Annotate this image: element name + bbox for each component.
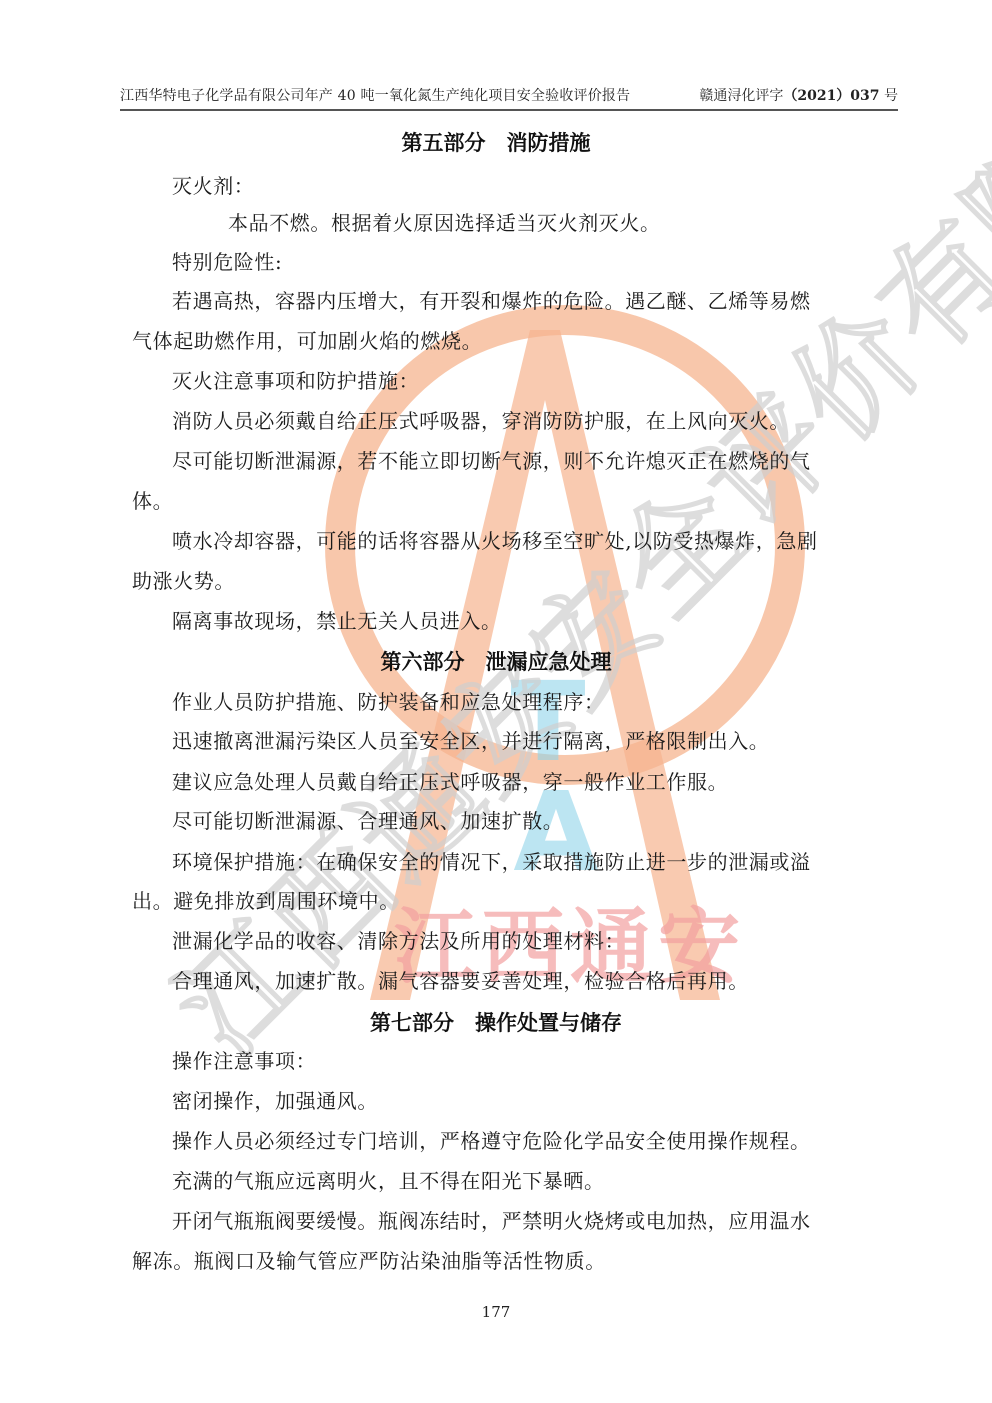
paragraph-line: 助涨火势。	[132, 569, 235, 593]
page-header: 江西华特电子化学品有限公司年产 40 吨一氧化氮生产纯化项目安全验收评价报告 赣…	[120, 86, 898, 108]
section-heading-6: 第六部分 泄漏应急处理	[0, 649, 992, 675]
paragraph-line: 喷水冷却容器，可能的话将容器从火场移至空旷处,以防受热爆炸，急剧	[172, 529, 818, 553]
paragraph-line: 气体起助燃作用，可加剧火焰的燃烧。	[132, 329, 482, 353]
report-title: 江西华特电子化学品有限公司年产 40 吨一氧化氮生产纯化项目安全验收评价报告	[120, 86, 630, 106]
paragraph-line: 密闭操作，加强通风。	[172, 1089, 378, 1113]
paragraph-line: 合理通风，加速扩散。漏气容器要妥善处理，检验合格后再用。	[172, 969, 749, 993]
paragraph-line: 尽可能切断泄漏源，若不能立即切断气源，则不允许熄灭正在燃烧的气	[172, 449, 811, 473]
paragraph-line: 体。	[132, 489, 173, 513]
paragraph-line: 出。避免排放到周围环境中。	[132, 889, 400, 913]
paragraph-line: 操作人员必须经过专门培训，严格遵守危险化学品安全使用操作规程。	[172, 1129, 811, 1153]
paragraph-line: 操作注意事项：	[172, 1049, 316, 1073]
paragraph-line: 特别危险性:	[172, 250, 282, 274]
paragraph-line: 隔离事故现场，禁止无关人员进入。	[172, 609, 502, 633]
paragraph-line: 开闭气瓶瓶阀要缓慢。瓶阀冻结时，严禁明火烧烤或电加热，应用温水	[172, 1209, 811, 1233]
paragraph-line: 灭火注意事项和防护措施：	[172, 369, 419, 393]
header-divider	[120, 109, 898, 111]
paragraph-line: 若遇高热，容器内压增大，有开裂和爆炸的危险。遇乙醚、乙烯等易燃	[172, 289, 811, 313]
section-heading-5: 第五部分 消防措施	[0, 130, 992, 156]
paragraph-line: 环境保护措施：在确保安全的情况下，采取措施防止进一步的泄漏或溢	[172, 850, 811, 874]
report-number: 赣通浔化评字（2021）037 号	[699, 86, 898, 106]
section-heading-7: 第七部分 操作处置与储存	[0, 1010, 992, 1036]
document-page: T A 江西通安 江西通安安全评价有限公司 江西华特电子化学品有限公司年产 40…	[0, 0, 992, 1403]
page-number: 177	[0, 1303, 992, 1321]
svg-text:T: T	[510, 658, 585, 786]
paragraph-line: 作业人员防护措施、防护装备和应急处理程序：	[172, 690, 605, 714]
paragraph-line: 泄漏化学品的收容、清除方法及所用的处理材料：	[172, 929, 625, 953]
paragraph-line: 灭火剂：	[172, 174, 254, 198]
paragraph-line: 本品不燃。根据着火原因选择适当灭火剂灭火。	[228, 211, 661, 235]
paragraph-line: 消防人员必须戴自给正压式呼吸器，穿消防防护服，在上风向灭火。	[172, 409, 790, 433]
paragraph-line: 建议应急处理人员戴自给正压式呼吸器，穿一般作业工作服。	[172, 770, 728, 794]
paragraph-line: 解冻。瓶阀口及输气管应严防沾染油脂等活性物质。	[132, 1249, 606, 1273]
paragraph-line: 充满的气瓶应远离明火，且不得在阳光下暴晒。	[172, 1169, 605, 1193]
paragraph-line: 尽可能切断泄漏源、合理通风、加速扩散。	[172, 809, 563, 833]
paragraph-line: 迅速撤离泄漏污染区人员至安全区，并进行隔离，严格限制出入。	[172, 729, 769, 753]
